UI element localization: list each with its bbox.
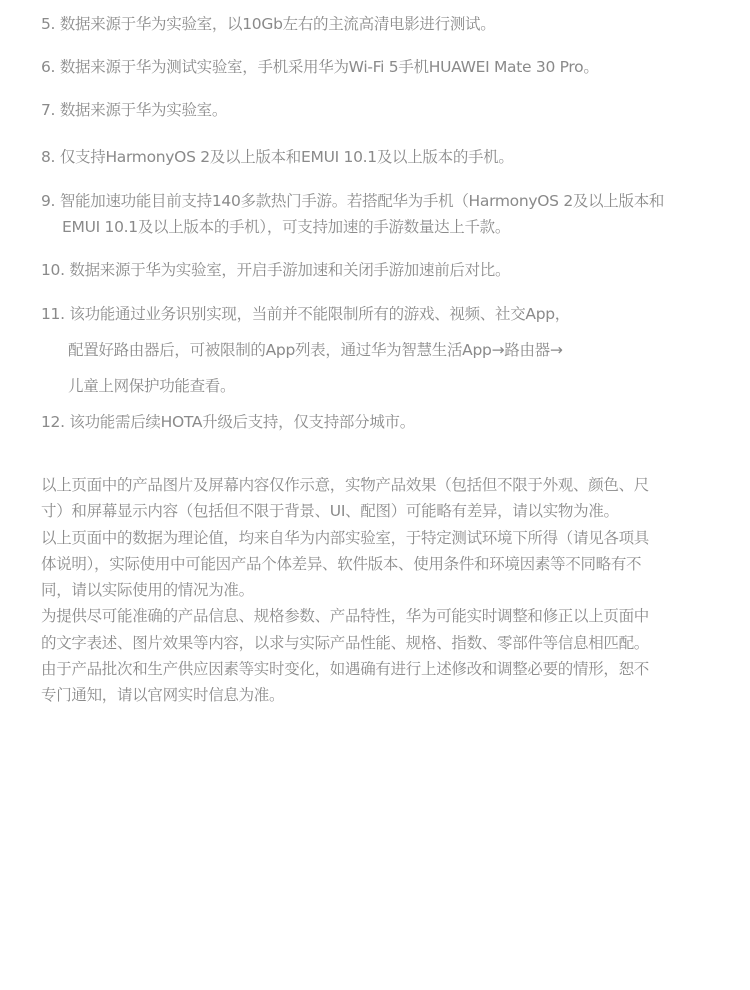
footnote-text: 智能加速功能目前支持140多款热门手游。若搭配华为手机（HarmonyOS 2及… [60,192,664,210]
footnote-text: 数据来源于华为实验室，开启手游加速和关闭手游加速前后对比。 [69,261,510,279]
footnote-number: 12. [41,413,65,431]
disclaimer-line: 同，请以实际使用的情况为准。 [41,577,701,603]
footnote-text-continued: EMUI 10.1及以上版本的手机），可支持加速的手游数量达上千款。 [41,215,664,237]
footnote-8: 8. 仅支持HarmonyOS 2及以上版本和EMUI 10.1及以上版本的手机… [41,145,514,167]
footnote-number: 9. [41,192,55,210]
footnote-number: 10. [41,261,65,279]
footnote-text: 仅支持HarmonyOS 2及以上版本和EMUI 10.1及以上版本的手机。 [60,148,514,166]
footnote-number: 5. [41,15,55,33]
footnote-12: 12. 该功能需后续HOTA升级后支持，仅支持部分城市。 [41,410,415,432]
footnote-number: 8. [41,148,55,166]
footnote-number: 11. [41,305,65,323]
footnote-5: 5. 数据来源于华为实验室，以10Gb左右的主流高清电影进行测试。 [41,12,495,34]
footnote-7: 7. 数据来源于华为实验室。 [41,98,227,120]
footnote-text-continued: 配置好路由器后，可被限制的App列表，通过华为智慧生活App→路由器→ [41,338,570,360]
disclaimer-line: 以上页面中的数据为理论值，均来自华为内部实验室，于特定测试环境下所得（请见各项具 [41,525,701,551]
footnote-number: 6. [41,58,55,76]
disclaimer-line: 以上页面中的产品图片及屏幕内容仅作示意，实物产品效果（包括但不限于外观、颜色、尺 [41,472,701,498]
footnote-9: 9. 智能加速功能目前支持140多款热门手游。若搭配华为手机（HarmonyOS… [41,189,664,237]
footnote-text: 该功能通过业务识别实现，当前并不能限制所有的游戏、视频、社交App， [69,305,570,323]
disclaimer-line: 为提供尽可能准确的产品信息、规格参数、产品特性，华为可能实时调整和修正以上页面中 [41,603,701,629]
footnote-6: 6. 数据来源于华为测试实验室，手机采用华为Wi-Fi 5手机HUAWEI Ma… [41,55,599,77]
footnote-text: 数据来源于华为实验室，以10Gb左右的主流高清电影进行测试。 [60,15,496,33]
footnote-text: 数据来源于华为实验室。 [60,101,227,119]
disclaimer-line: 寸）和屏幕显示内容（包括但不限于背景、UI、配图）可能略有差异，请以实物为准。 [41,498,701,524]
disclaimer-line: 由于产品批次和生产供应因素等实时变化，如遇确有进行上述修改和调整必要的情形，恕不 [41,656,701,682]
legal-disclaimer: 以上页面中的产品图片及屏幕内容仅作示意，实物产品效果（包括但不限于外观、颜色、尺… [41,472,701,709]
footnote-text: 该功能需后续HOTA升级后支持，仅支持部分城市。 [69,413,415,431]
footnote-text: 数据来源于华为测试实验室，手机采用华为Wi-Fi 5手机HUAWEI Mate … [60,58,599,76]
footnote-number: 7. [41,101,55,119]
footnote-10: 10. 数据来源于华为实验室，开启手游加速和关闭手游加速前后对比。 [41,258,510,280]
footnote-11: 11. 该功能通过业务识别实现，当前并不能限制所有的游戏、视频、社交App， 配… [41,302,570,396]
footnote-text-continued: 儿童上网保护功能查看。 [41,374,570,396]
disclaimer-line: 体说明），实际使用中可能因产品个体差异、软件版本、使用条件和环境因素等不同略有不 [41,551,701,577]
disclaimer-line: 的文字表述、图片效果等内容，以求与实际产品性能、规格、指数、零部件等信息相匹配。 [41,630,701,656]
disclaimer-line: 专门通知，请以官网实时信息为准。 [41,682,701,708]
